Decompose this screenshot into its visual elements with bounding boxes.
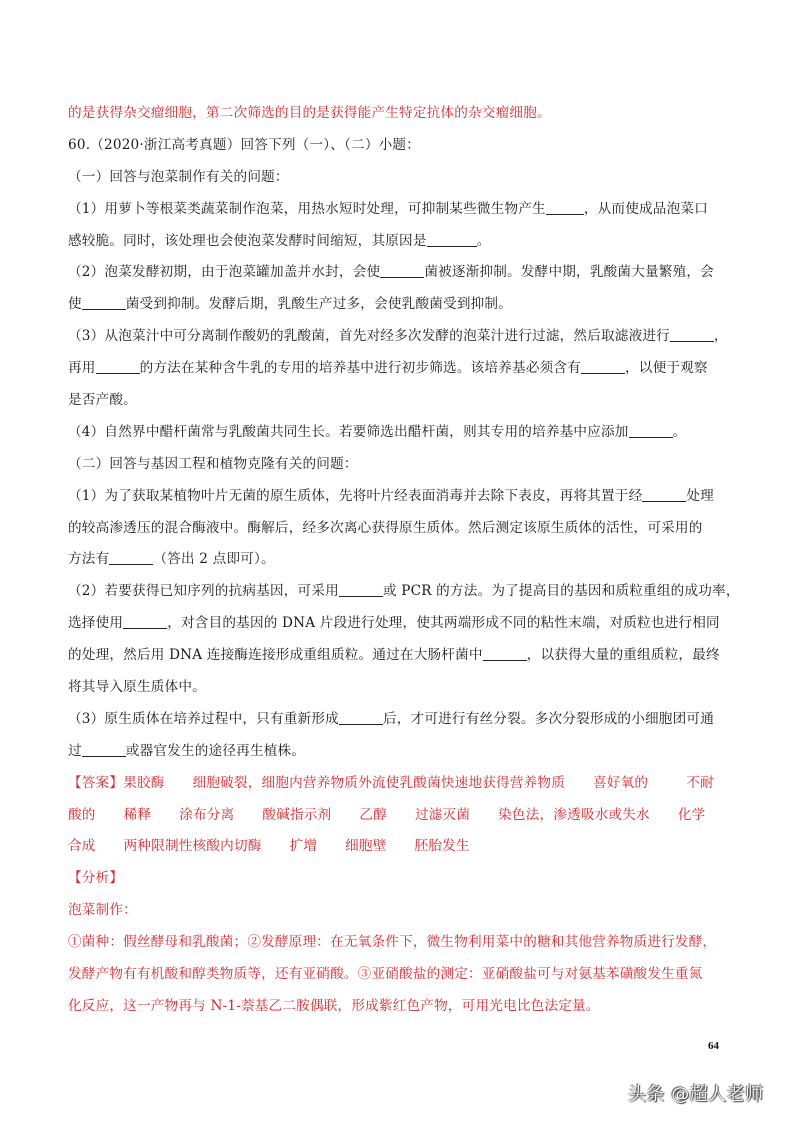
answer-label: 【答案】 xyxy=(68,775,123,791)
part2-q2-line4: 将其导入原生质体中。 xyxy=(68,672,728,704)
answer-blank xyxy=(581,359,625,374)
answer-blank xyxy=(123,614,167,629)
part1-q1-line2: 感较脆。同时，该处理也会使泡菜发酵时间缩短，其原因是。 xyxy=(68,226,728,258)
part1-heading: （一）回答与泡菜制作有关的问题： xyxy=(68,162,728,194)
answer-line1: 【答案】果胶酶细胞破裂，细胞内营养物质外流使乳酸菌快速地获得营养物质喜好氧的不耐 xyxy=(68,768,728,800)
part1-q3-line2: 再用的方法在某种含牛乳的专用的培养基中进行初步筛选。该培养基必须含有，以便于观察 xyxy=(68,353,728,385)
answer-blank xyxy=(380,263,424,278)
analysis-line3: 化反应，这一产物再与 N-1-萘基乙二胺偶联，形成紫红色产物，可用光电比色法定量… xyxy=(68,991,728,1023)
part2-q1-line1: （1）为了获取某植物叶片无菌的原生质体，先将叶片经表面消毒并去除下表皮，再将其置… xyxy=(68,481,728,513)
answer-blank xyxy=(82,295,126,310)
answer-line2: 酸的稀释涂布分离酸碱指示剂乙醇过滤灭菌染色法，渗透吸水或失水化学 xyxy=(68,800,728,832)
part2-q3-line1: （3）原生质体在培养过程中，只有重新形成后，才可进行有丝分裂。多次分裂形成的小细… xyxy=(68,704,728,736)
analysis-label: 【分析】 xyxy=(68,863,728,895)
answer-blank xyxy=(339,710,383,725)
question-header: 60.（2020·浙江高考真题）回答下列（一）、（二）小题： xyxy=(68,130,728,162)
part2-q1-line3: 方法有（答出 2 点即可）。 xyxy=(68,544,728,576)
part1-q2-line1: （2）泡菜发酵初期，由于泡菜罐加盖并水封，会使菌被逐渐抑制。发酵中期，乳酸菌大量… xyxy=(68,257,728,289)
answer-blank xyxy=(546,200,584,215)
previous-analysis-continuation: 的是获得杂交瘤细胞，第二次筛选的目的是获得能产生特定抗体的杂交瘤细胞。 xyxy=(68,98,728,130)
question-source: （2020·浙江高考真题） xyxy=(90,137,240,153)
page-number: 64 xyxy=(708,1040,719,1052)
analysis-line2: 发酵产物有有机酸和醇类物质等，还有亚硝酸。③亚硝酸盐的测定：亚硝酸盐可与对氨基苯… xyxy=(68,959,728,991)
part2-q3-line2: 过或器官发生的途径再生植株。 xyxy=(68,736,728,768)
answer-blank xyxy=(629,423,673,438)
answer-blank xyxy=(96,359,140,374)
answer-blank xyxy=(339,582,383,597)
answer-line3: 合成两种限制性核酸内切酶扩增细胞壁胚胎发生 xyxy=(68,831,728,863)
answer-blank xyxy=(109,550,153,565)
part1-q3-line1: （3）从泡菜汁中可分离制作酸奶的乳酸菌，首先对经多次发酵的泡菜汁进行过滤，然后取… xyxy=(68,321,728,353)
part2-q1-line2: 的较高渗透压的混合酶液中。酶解后，经多次离心获得原生质体。然后测定该原生质体的活… xyxy=(68,513,728,545)
watermark: 头条 @超人老师 xyxy=(628,1080,764,1106)
part1-q2-line2: 使菌受到抑制。发酵后期，乳酸生产过多，会使乳酸菌受到抑制。 xyxy=(68,289,728,321)
answer-blank xyxy=(642,487,686,502)
answer-blank xyxy=(427,232,477,247)
part2-q2-line3: 的处理，然后用 DNA 连接酶连接形成重组质粒。通过在大肠杆菌中，以获得大量的重… xyxy=(68,640,728,672)
answer-blank xyxy=(670,327,714,342)
part1-q3-line3: 是否产酸。 xyxy=(68,385,728,417)
question-title: 回答下列（一）、（二）小题： xyxy=(240,137,420,153)
part2-q2-line1: （2）若要获得已知序列的抗病基因，可采用或 PCR 的方法。为了提高目的基因和质… xyxy=(68,576,728,608)
part1-q1-line1: （1）用萝卜等根菜类蔬菜制作泡菜，用热水短时处理，可抑制某些微生物产生，从而使成… xyxy=(68,194,728,226)
document-page: 的是获得杂交瘤细胞，第二次筛选的目的是获得能产生特定抗体的杂交瘤细胞。 60.（… xyxy=(68,98,728,1023)
analysis-line1: ①菌种：假丝酵母和乳酸菌；②发酵原理：在无氧条件下，微生物利用菜中的糖和其他营养… xyxy=(68,927,728,959)
question-number: 60. xyxy=(68,137,90,153)
part2-q2-line2: 选择使用，对含目的基因的 DNA 片段进行处理，使其两端形成不同的粘性末端，对质… xyxy=(68,608,728,640)
analysis-subtitle: 泡菜制作： xyxy=(68,895,728,927)
answer-blank xyxy=(483,646,527,661)
answer-blank xyxy=(82,742,126,757)
part1-q4: （4）自然界中醋杆菌常与乳酸菌共同生长。若要筛选出醋杆菌，则其专用的培养基中应添… xyxy=(68,417,728,449)
part2-heading: （二）回答与基因工程和植物克隆有关的问题： xyxy=(68,449,728,481)
